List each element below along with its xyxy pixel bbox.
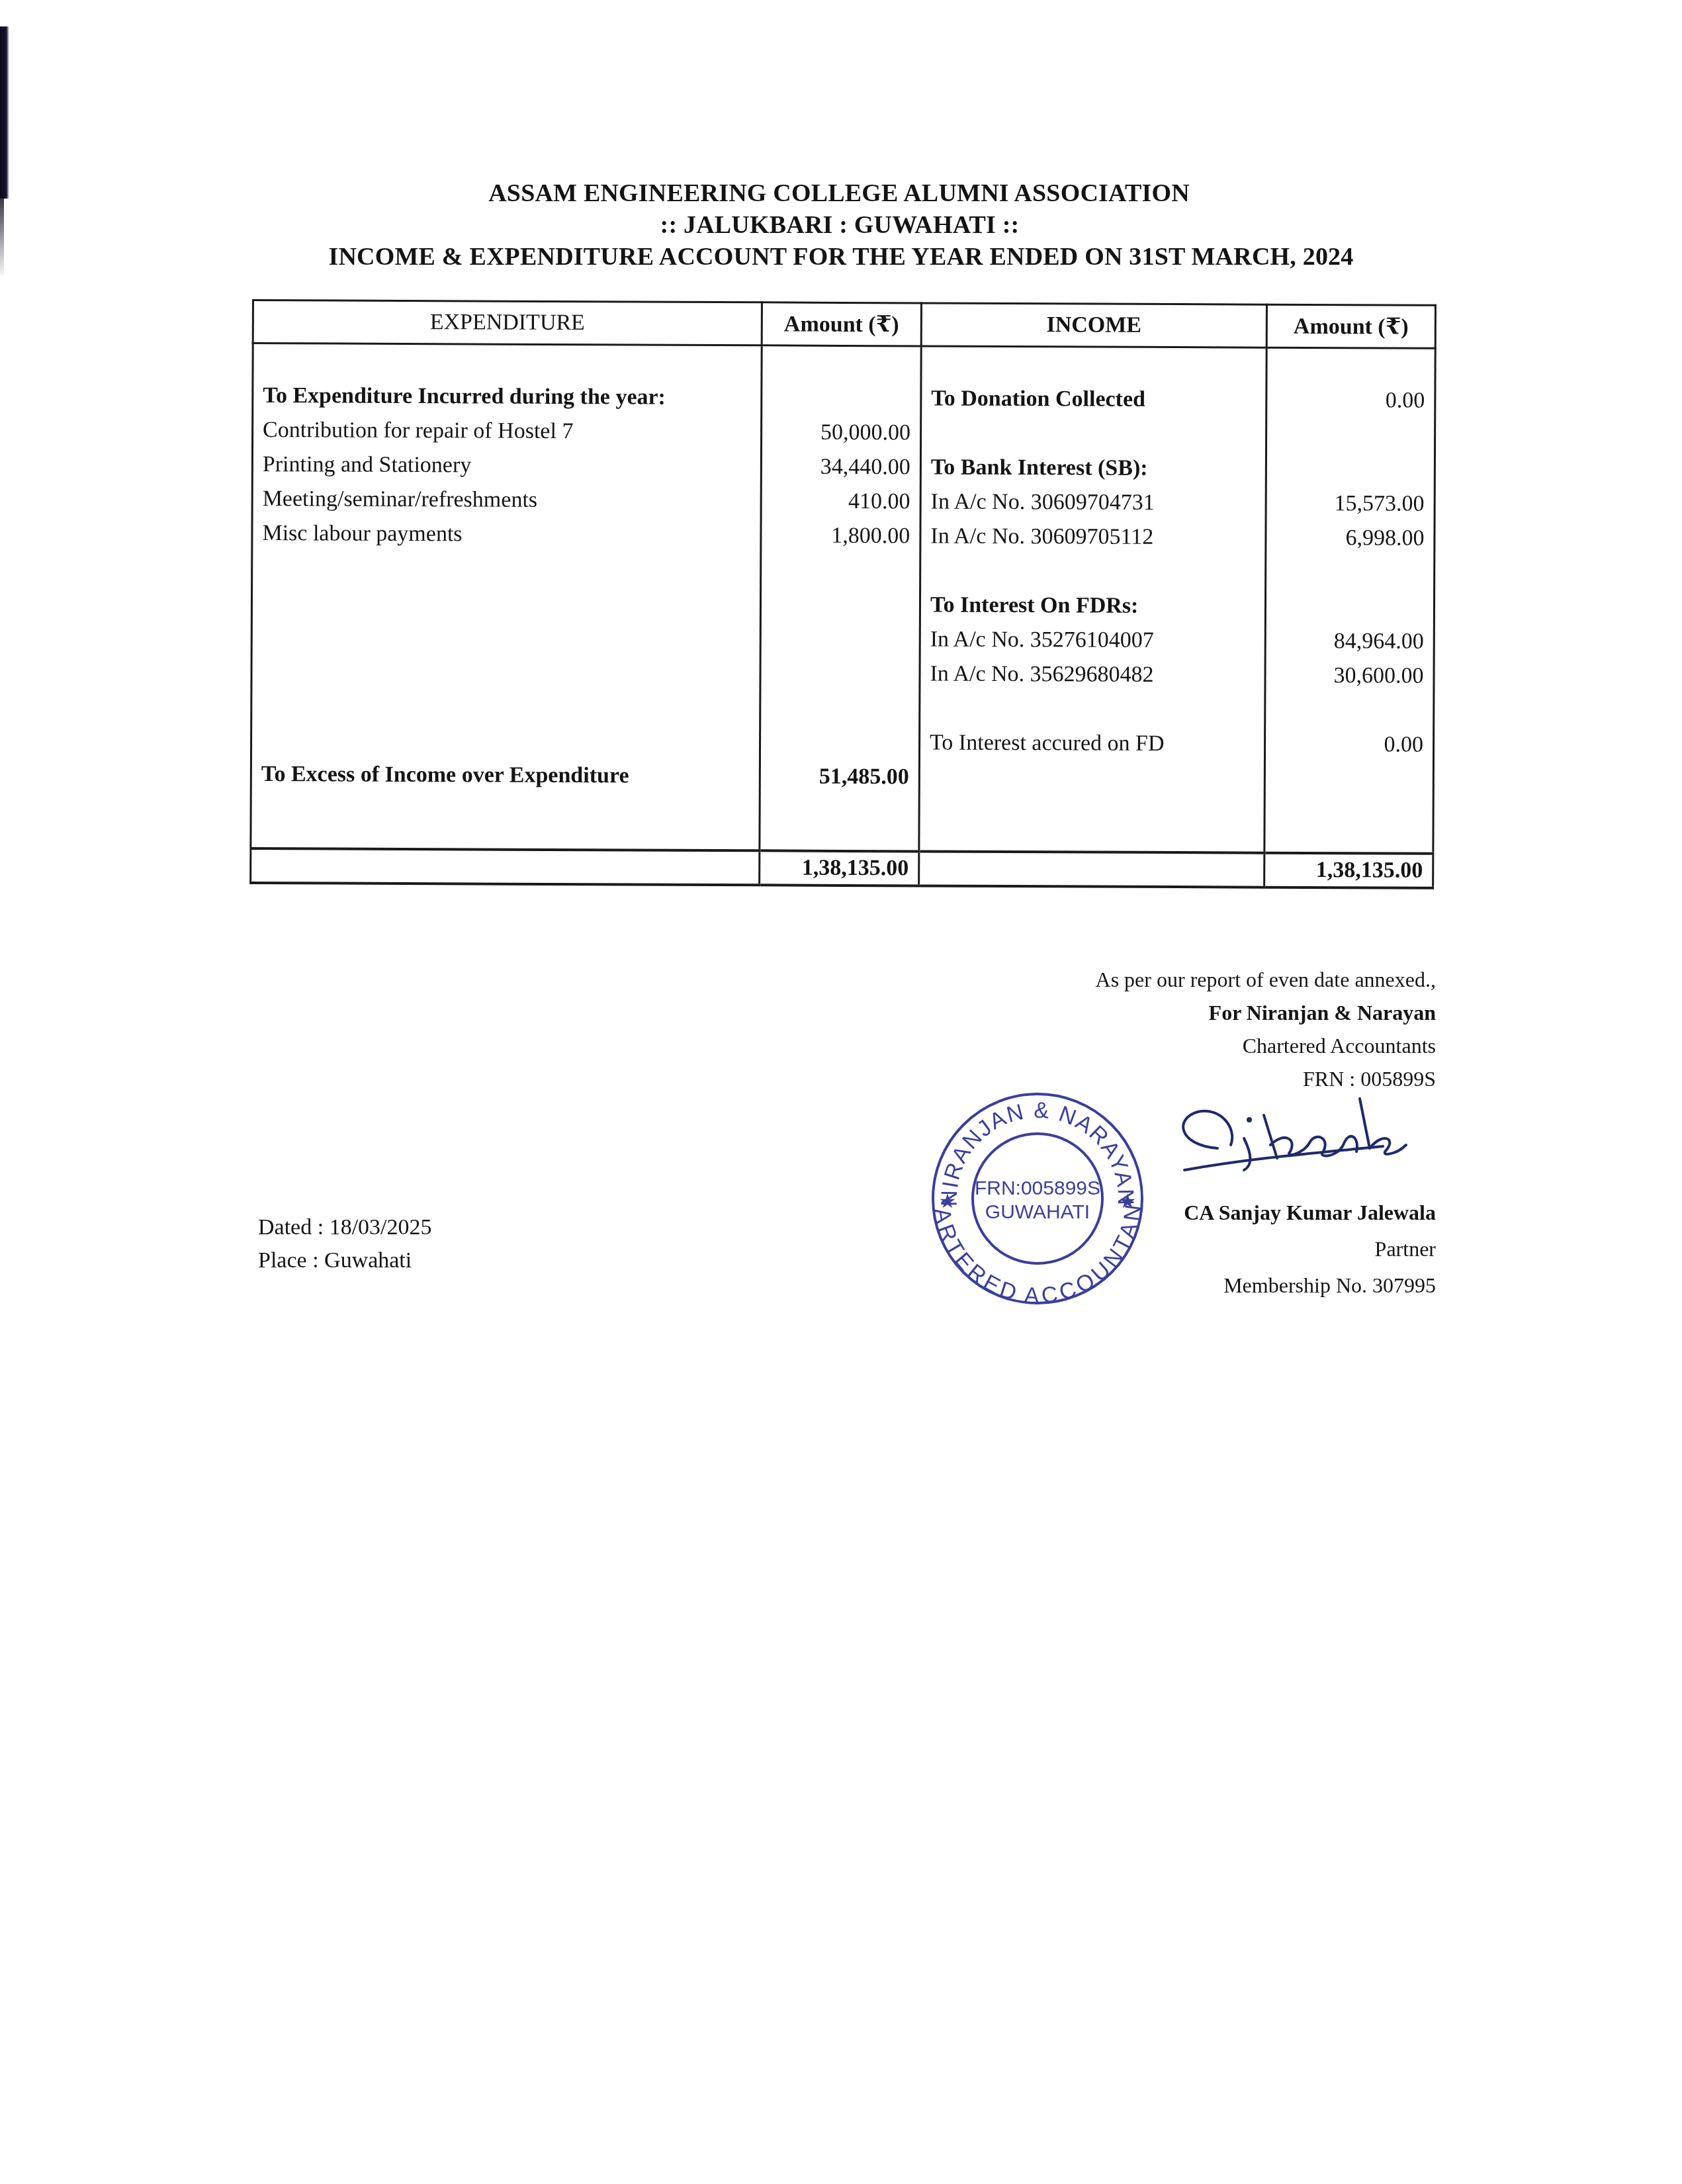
stamp-frn: FRN:005899S bbox=[975, 1177, 1100, 1199]
income-amount: 84,964.00 bbox=[1276, 624, 1424, 659]
stamp-city: GUWAHATI bbox=[985, 1201, 1090, 1223]
statement-title: INCOME & EXPENDITURE ACCOUNT FOR THE YEA… bbox=[0, 241, 1682, 273]
income-item: In A/c No. 30609705112 bbox=[930, 519, 1255, 555]
firm-designation: Chartered Accountants bbox=[1096, 1029, 1436, 1062]
totals-blank bbox=[919, 851, 1264, 887]
income-item: In A/c No. 35276104007 bbox=[930, 622, 1255, 658]
handwritten-signature bbox=[1171, 1092, 1436, 1178]
totals-blank bbox=[251, 848, 760, 885]
expenditure-total: 1,38,135.00 bbox=[760, 850, 919, 886]
income-item-donation: To Donation Collected bbox=[931, 381, 1256, 417]
income-item-accrued: To Interest accured on FD bbox=[930, 725, 1255, 761]
income-labels: To Donation Collected To Bank Interest (… bbox=[919, 346, 1266, 853]
organization-name: ASSAM ENGINEERING COLLEGE ALUMNI ASSOCIA… bbox=[0, 177, 1680, 209]
expenditure-labels: To Expenditure Incurred during the year:… bbox=[251, 343, 762, 851]
income-amount: 0.00 bbox=[1275, 727, 1423, 762]
expenditure-amount: 1,800.00 bbox=[771, 518, 910, 553]
column-header-income-amount: Amount (₹) bbox=[1266, 304, 1435, 348]
audit-firm-name: For Niranjan & Narayan bbox=[1096, 996, 1436, 1029]
income-heading-bank-interest: To Bank Interest (SB): bbox=[931, 450, 1256, 486]
dated: Dated : 18/03/2025 bbox=[258, 1211, 432, 1244]
organization-location: :: JALUKBARI : GUWAHATI :: bbox=[0, 209, 1681, 241]
report-reference: As per our report of even date annexed., bbox=[1096, 963, 1436, 996]
signatory-block: CA Sanjay Kumar Jalewala Partner Members… bbox=[1184, 1195, 1436, 1304]
income-item: In A/c No. 30609704731 bbox=[930, 484, 1255, 520]
expenditure-amounts: 50,000.00 34,440.00 410.00 1,800.00 51,4… bbox=[760, 345, 921, 852]
expenditure-amount: 34,440.00 bbox=[772, 449, 910, 484]
star-icon: ★ bbox=[939, 1191, 957, 1212]
income-total: 1,38,135.00 bbox=[1264, 853, 1433, 888]
firm-rubber-stamp: NIRANJAN & NARAYAN CHARTERED ACCOUNTANTS… bbox=[925, 1087, 1150, 1306]
expenditure-amount: 50,000.00 bbox=[772, 415, 910, 450]
star-icon: ★ bbox=[1119, 1191, 1137, 1212]
expenditure-item: Misc labour payments bbox=[262, 516, 750, 553]
expenditure-item: Contribution for repair of Hostel 7 bbox=[263, 413, 751, 449]
income-expenditure-table: EXPENDITURE Amount (₹) INCOME Amount (₹)… bbox=[249, 299, 1437, 889]
document-header: ASSAM ENGINEERING COLLEGE ALUMNI ASSOCIA… bbox=[0, 177, 1682, 273]
excess-income-label: To Excess of Income over Expenditure bbox=[261, 757, 750, 794]
signatory-name: CA Sanjay Kumar Jalewala bbox=[1184, 1195, 1436, 1231]
signatory-role: Partner bbox=[1184, 1231, 1436, 1267]
table-header-row: EXPENDITURE Amount (₹) INCOME Amount (₹) bbox=[253, 300, 1435, 349]
column-header-expenditure-amount: Amount (₹) bbox=[762, 302, 921, 346]
totals-row: 1,38,135.00 1,38,135.00 bbox=[251, 848, 1433, 888]
date-place-block: Dated : 18/03/2025 Place : Guwahati bbox=[258, 1211, 432, 1277]
income-amount: 0.00 bbox=[1276, 383, 1425, 418]
table-body-row: To Expenditure Incurred during the year:… bbox=[251, 343, 1435, 854]
place: Place : Guwahati bbox=[258, 1244, 432, 1277]
expenditure-heading: To Expenditure Incurred during the year: bbox=[263, 379, 751, 415]
income-item: In A/c No. 35629680482 bbox=[930, 657, 1255, 692]
excess-income-amount: 51,485.00 bbox=[770, 759, 909, 794]
income-amount: 6,998.00 bbox=[1276, 521, 1424, 556]
income-amount: 15,573.00 bbox=[1276, 486, 1425, 522]
expenditure-item: Printing and Stationery bbox=[263, 447, 751, 484]
auditor-certification: As per our report of even date annexed.,… bbox=[1096, 963, 1436, 1095]
membership-number: Membership No. 307995 bbox=[1184, 1267, 1436, 1304]
expenditure-item: Meeting/seminar/refreshments bbox=[263, 482, 751, 518]
income-amount: 30,600.00 bbox=[1275, 659, 1423, 694]
column-header-income: INCOME bbox=[921, 303, 1266, 347]
income-amounts: 0.00 15,573.00 6,998.00 84,964.00 30,600… bbox=[1264, 347, 1435, 854]
scan-edge-shadow bbox=[0, 26, 9, 199]
expenditure-amount: 410.00 bbox=[772, 484, 910, 519]
income-heading-fdr-interest: To Interest On FDRs: bbox=[930, 588, 1255, 623]
column-header-expenditure: EXPENDITURE bbox=[253, 300, 762, 345]
